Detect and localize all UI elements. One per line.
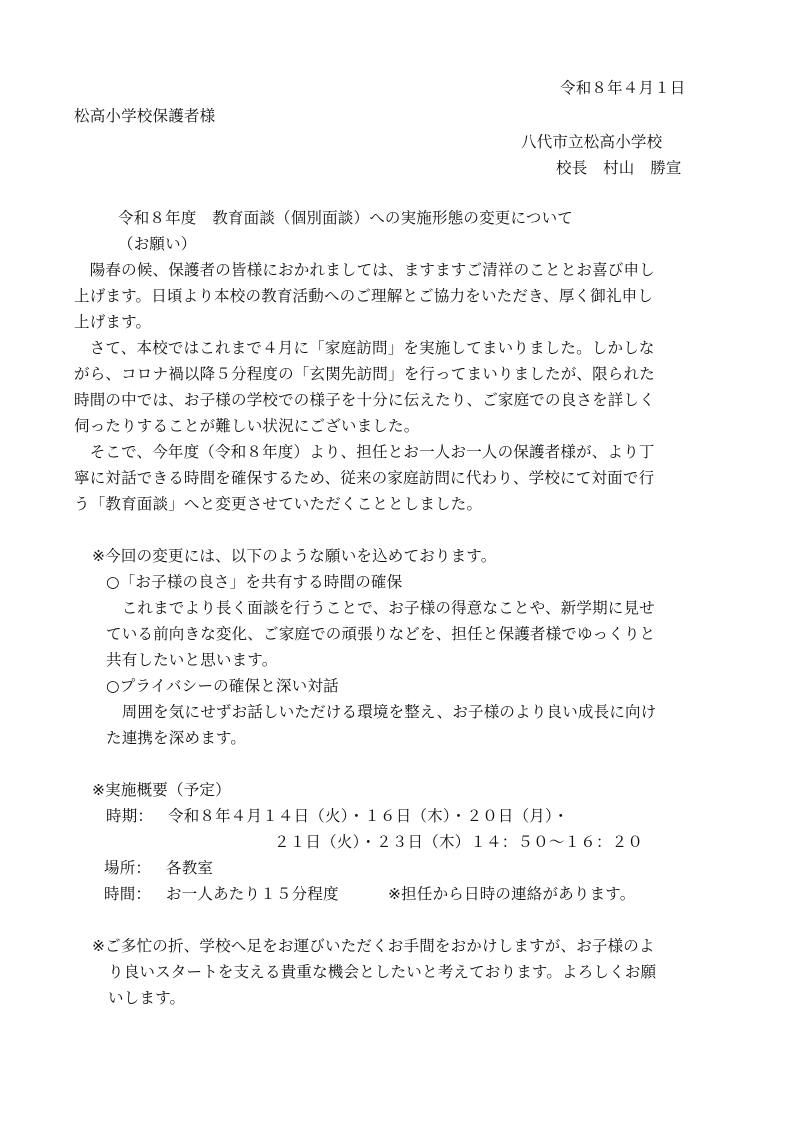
time-note: ※担任から日時の連絡があります。	[388, 884, 635, 904]
period-value-cont: ２１日（火）・２３日（木）１４：５０～１６：２０	[274, 832, 643, 852]
paragraph-line: そこで、今年度（令和８年度）より、担任とお一人お一人の保護者様が、より丁	[74, 442, 724, 462]
sender-principal: 校長 村山 勝宣	[556, 158, 682, 178]
paragraph-line: 時間の中では、お子様の学校での様子を十分に伝えたり、ご家庭での良さを詳しく	[74, 390, 724, 410]
sender-school: 八代市立松高小学校	[521, 132, 662, 152]
wish-line: これまでより長く面談を行うことで、お子様の得意なことや、新学期に見せ	[106, 598, 655, 618]
recipient: 松高小学校保護者様	[74, 106, 215, 126]
wish-title: ○プライバシーの確保と深い対話	[106, 676, 339, 696]
place-value: 各教室	[166, 858, 213, 878]
closing-line: ※ご多忙の折、学校へ足をお運びいただくお手間をおかけしますが、お子様のよ	[92, 936, 655, 956]
wish-line: 共有したいと思います。	[106, 650, 277, 670]
closing-line: り良いスタートを支える貴重な機会としたいと考えております。よろしくお願	[108, 962, 656, 982]
paragraph-line: う「教育面談」へと変更させていただくこととしました。	[74, 494, 724, 514]
paragraph-line: がら、コロナ禍以降５分程度の「玄関先訪問」を行ってまいりましたが、限られた	[74, 364, 724, 384]
paragraph-line: 陽春の候、保護者の皆様におかれましては、ますますご清祥のこととお喜び申し	[74, 260, 724, 280]
wish-line: ている前向きな変化、ご家庭での頑張りなどを、担任と保護者様でゆっくりと	[106, 624, 655, 644]
period-value: 令和８年４月１４日（火）・１６日（木）・２０日（月）・	[168, 806, 569, 826]
time-value: お一人あたり１５分程度	[166, 884, 339, 904]
wishes-heading: ※今回の変更には、以下のような願いを込めております。	[92, 546, 496, 566]
wish-line: 周囲を気にせずお話しいただける環境を整え、お子様のより良い成長に向け	[106, 702, 656, 722]
closing-line: いします。	[108, 988, 185, 1008]
wish-title: ○「お子様の良さ」を共有する時間の確保	[106, 572, 402, 592]
document-title: 令和８年度 教育面談（個別面談）への実施形態の変更について	[118, 208, 573, 228]
wish-line: た連携を深めます。	[106, 728, 246, 748]
paragraph-line: 寧に対話できる時間を確保するため、従来の家庭訪問に代わり、学校にて対面で行	[74, 468, 724, 488]
paragraph-line: さて、本校ではこれまで４月に「家庭訪問」を実施してまいりました。しかしな	[74, 338, 724, 358]
paragraph-line: 上げます。日頃より本校の教育活動へのご理解とご協力をいただき、厚く御礼申し	[74, 286, 724, 306]
paragraph-line: 上げます。	[74, 312, 724, 332]
period-label: 時期：	[106, 806, 153, 826]
document-subtitle: （お願い）	[118, 234, 197, 254]
place-label: 場所：	[104, 858, 151, 878]
paragraph-line: 伺ったりすることが難しい状況にございました。	[74, 416, 724, 436]
time-label: 時間：	[104, 884, 151, 904]
overview-heading: ※実施概要（予定）	[92, 780, 231, 800]
document-date: 令和８年４月１日	[560, 78, 686, 98]
